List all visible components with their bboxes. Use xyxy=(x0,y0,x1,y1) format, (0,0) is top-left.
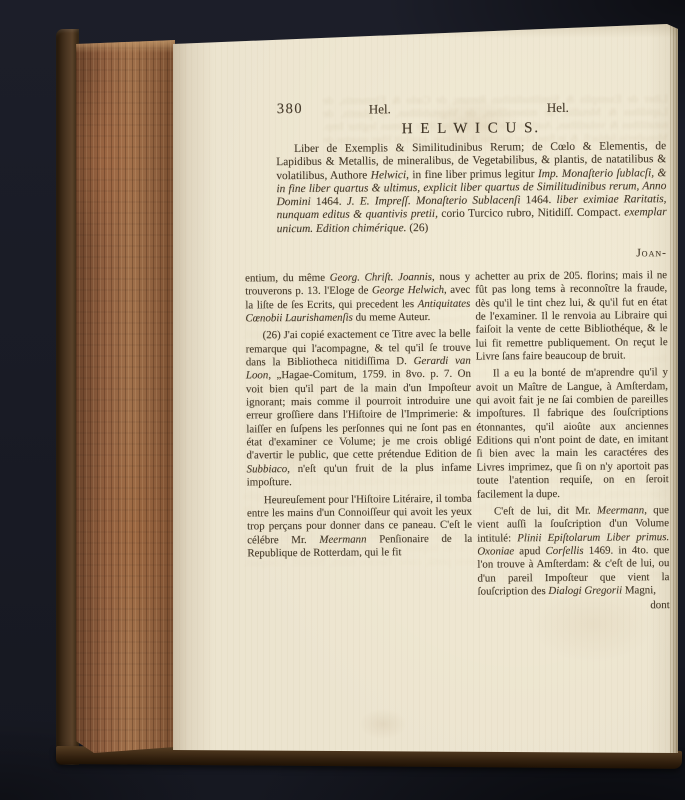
left-column-paragraph-2: (26) J'ai copié exactement ce Titre avec… xyxy=(246,328,472,490)
page-number: 380 xyxy=(277,101,303,118)
book-open-page: Liber de Exemplis & Similitudinibus Reru… xyxy=(173,24,678,753)
running-head-right: Hel. xyxy=(547,100,569,116)
left-column-paragraph-1: entium, du même Georg. Chriſt. Joannis, … xyxy=(245,271,470,326)
catchword-joan: Joan- xyxy=(277,247,667,262)
catchword-dont: dont xyxy=(478,599,670,614)
left-text-column: entium, du même Georg. Chriſt. Joannis, … xyxy=(245,271,472,565)
book-cover-left-edge xyxy=(56,29,79,765)
right-text-column: achetter au prix de 205. florins; mais i… xyxy=(475,269,670,614)
running-head-left: Hel. xyxy=(369,101,391,117)
right-column-paragraph-3: C'eſt de lui, dit Mr. Meermann, que vien… xyxy=(477,504,670,599)
book-fore-edge-pages xyxy=(76,27,175,753)
printed-text-layer: 380 Hel. Hel. H E L W I C U S. Liber de … xyxy=(170,20,681,753)
right-column-paragraph-2: Il a eu la bonté de m'aprendre qu'il y a… xyxy=(476,367,669,502)
right-column-paragraph-1: achetter au prix de 205. florins; mais i… xyxy=(475,269,668,364)
entry-title-helwicus: H E L W I C U S. xyxy=(276,119,666,139)
bibliographic-entry-paragraph: Liber de Exemplis & Similitudinibus Reru… xyxy=(276,140,667,236)
photo-of-open-book: { "colors": { "background": "#1a1c26", "… xyxy=(0,0,685,800)
left-column-paragraph-3: Heureuſement pour l'Hiſtoire Litéraire, … xyxy=(247,492,473,560)
